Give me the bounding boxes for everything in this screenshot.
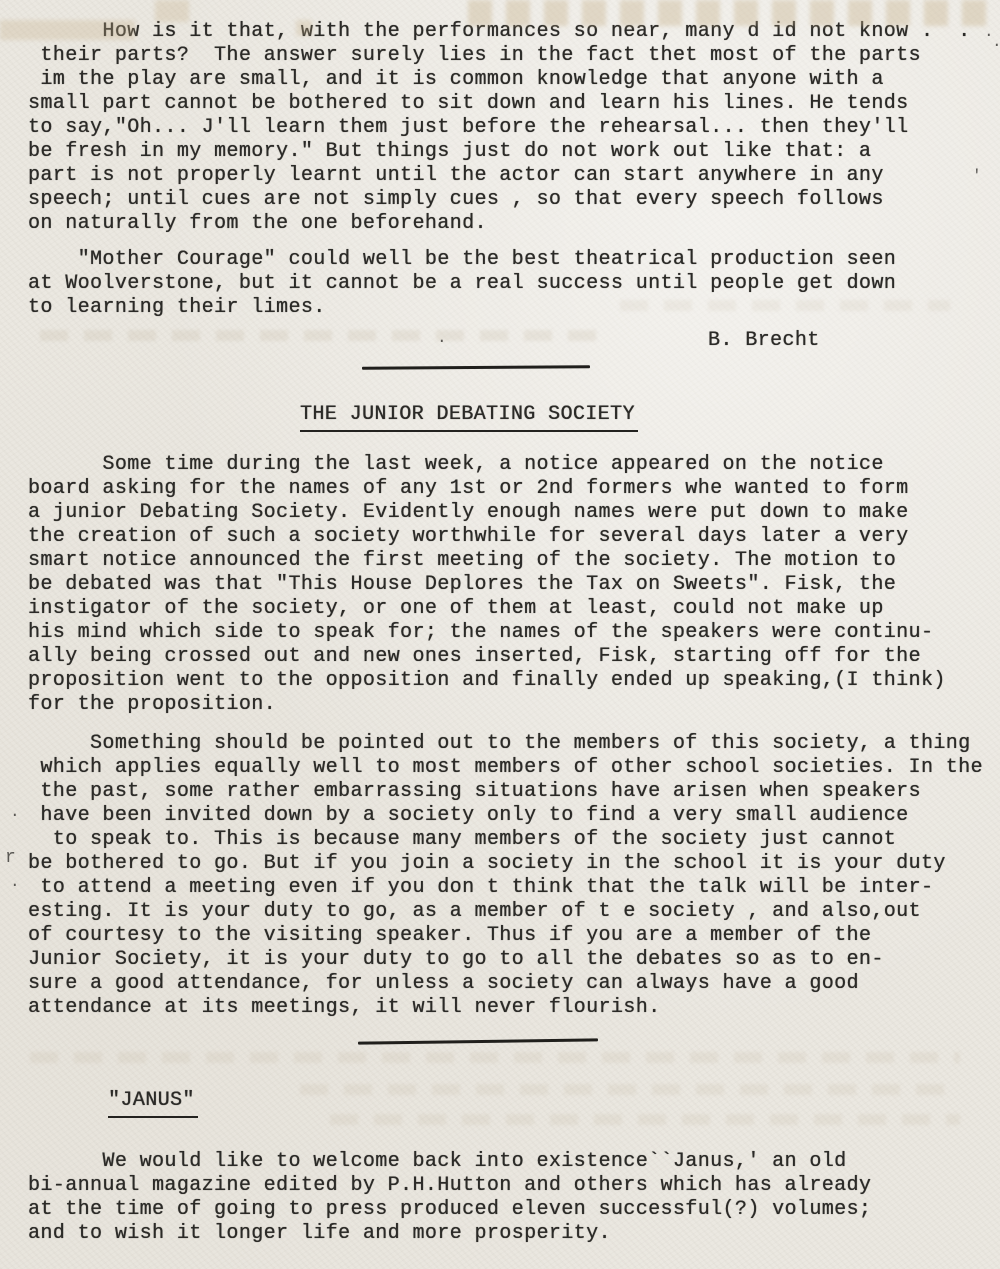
janus-paragraph-1: We would like to welcome back into exist… — [28, 1150, 1000, 1246]
bleed-through-artifact — [330, 1114, 960, 1125]
bleed-through-artifact — [40, 330, 600, 341]
debating-paragraph-2: Something should be pointed out to the m… — [28, 732, 1000, 1020]
section-divider — [362, 365, 590, 370]
stray-ink-mark: . — [992, 30, 1000, 54]
margin-artifact: . — [10, 800, 20, 824]
stray-ink-mark: ' — [972, 164, 982, 188]
debating-paragraph-1: Some time during the last week, a notice… — [28, 453, 1000, 717]
typewritten-page: . . ' . . r . How is it that, with the p… — [0, 0, 1000, 1269]
byline-b-brecht: B. Brecht — [708, 329, 1000, 353]
bleed-through-artifact — [155, 0, 189, 22]
bleed-through-artifact — [30, 1052, 960, 1063]
section-divider — [358, 1038, 598, 1044]
margin-artifact: r — [5, 846, 16, 870]
bleed-through-artifact — [300, 1084, 950, 1095]
heading-janus: "JANUS" — [108, 1089, 198, 1118]
stray-ink-mark: . — [437, 326, 447, 350]
brecht-paragraph-1: How is it that, with the performances so… — [28, 20, 1000, 236]
margin-artifact: . — [10, 870, 20, 894]
heading-junior-debating-society: THE JUNIOR DEBATING SOCIETY — [300, 403, 638, 432]
brecht-paragraph-2: "Mother Courage" could well be the best … — [28, 248, 1000, 320]
